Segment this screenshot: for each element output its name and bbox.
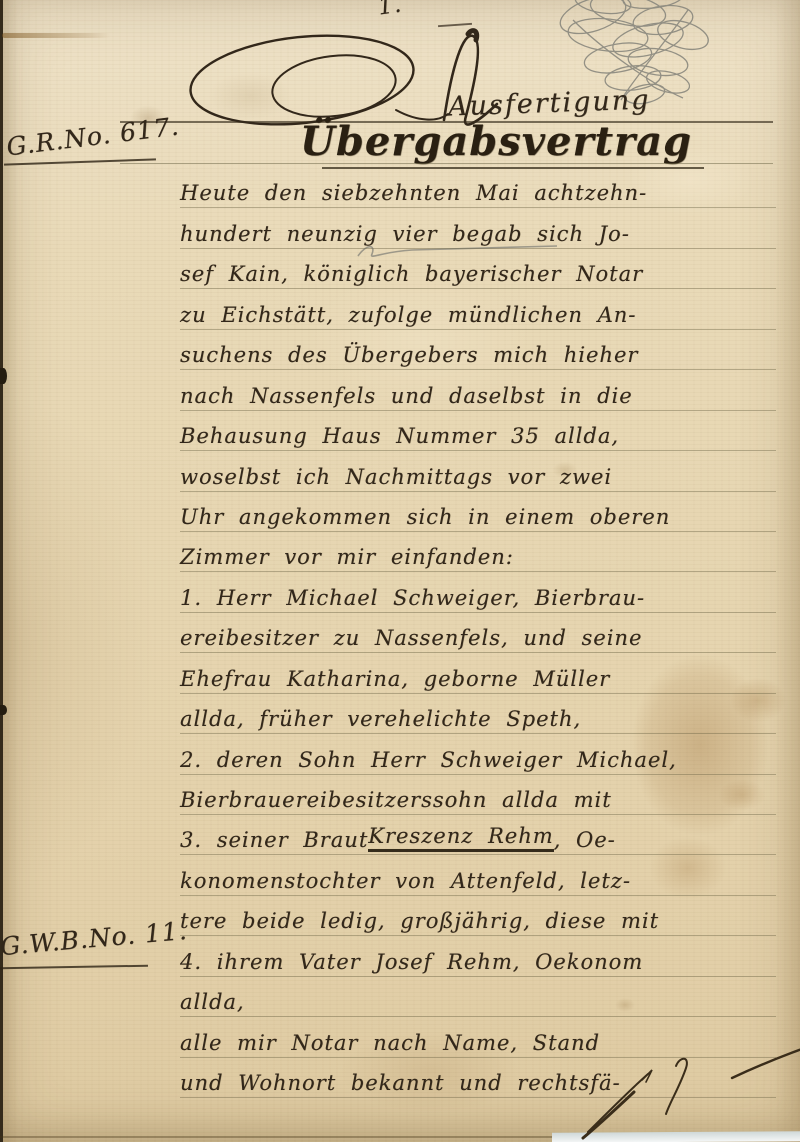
scan-edge-left: [0, 0, 3, 1142]
manuscript-line: woselbst ich Nachmittags vor zwei: [180, 451, 776, 491]
document-title: Übergabsvertrag: [300, 118, 690, 165]
title-baseline-rule: [120, 163, 773, 164]
manuscript-line: Uhr angekommen sich in einem oberen: [180, 492, 776, 532]
scan-edge-bottom: [0, 1136, 585, 1138]
manuscript-line: konomenstochter von Attenfeld, letz-: [180, 855, 776, 895]
ink-paraph: [580, 1052, 740, 1142]
paper-streak: [2, 33, 110, 38]
manuscript-line: 2. deren Sohn Herr Schweiger Michael,: [180, 734, 776, 774]
manuscript-line: hundert neunzig vier begab sich Jo-: [180, 208, 776, 248]
manuscript-line: suchens des Übergebers mich hieher: [180, 330, 776, 370]
line-text: 3. seiner Braut: [180, 828, 368, 852]
manuscript-line: Bierbrauereibesitzerssohn allda mit: [180, 775, 776, 815]
manuscript-line: allda, früher verehelichte Speth,: [180, 694, 776, 734]
document-page: 1. Ausferti: [0, 0, 800, 1142]
underlined-name: Kreszenz Rehm: [368, 824, 553, 852]
paper-tear-mark: [0, 368, 7, 384]
ink-stroke-edge: [726, 1026, 800, 1086]
manuscript-line: nach Nassenfels und daselbst in die: [180, 370, 776, 410]
manuscript-line: 4. ihrem Vater Josef Rehm, Oekonom: [180, 936, 776, 976]
manuscript-line-with-underlined-name: 3. seiner Braut Kreszenz Rehm , Oe-: [180, 815, 776, 855]
manuscript-line: sef Kain, königlich bayerischer Notar: [180, 249, 776, 289]
line-text: , Oe-: [554, 828, 616, 852]
manuscript-line: allda,: [180, 977, 776, 1017]
manuscript-line: Heute den siebzehnten Mai achtzehn-: [180, 168, 776, 208]
manuscript-line: zu Eichstätt, zufolge mündlichen An-: [180, 289, 776, 329]
manuscript-line: 1. Herr Michael Schweiger, Bierbrau-: [180, 572, 776, 612]
paper-tear-mark: [0, 705, 7, 715]
manuscript-line: Zimmer vor mir einfanden:: [180, 532, 776, 572]
manuscript-line: Behausung Haus Nummer 35 allda,: [180, 411, 776, 451]
manuscript-line: ereibesitzer zu Nassenfels, und seine: [180, 613, 776, 653]
manuscript-line: tere beide ledig, großjährig, diese mit: [180, 896, 776, 936]
manuscript-line: Ehefrau Katharina, geborne Müller: [180, 653, 776, 693]
manuscript-body: Heute den siebzehnten Mai achtzehn- hund…: [180, 168, 776, 1098]
